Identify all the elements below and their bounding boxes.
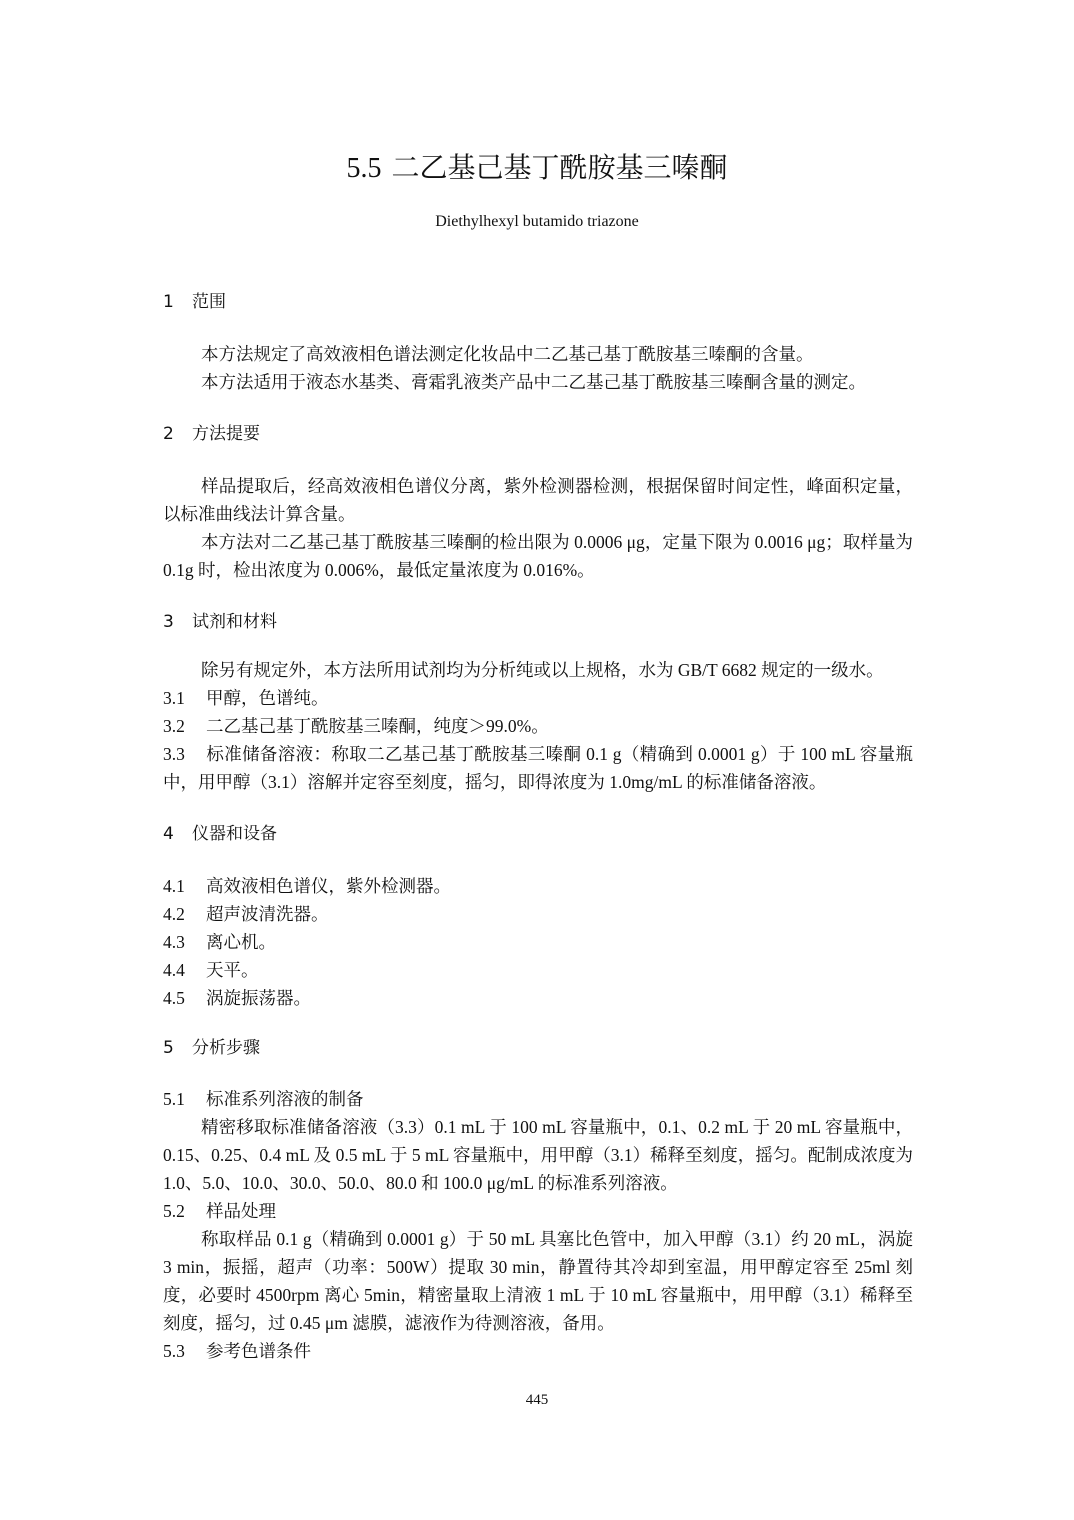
section-heading-4: 4仪器和设备: [163, 822, 277, 846]
item-text: 甲醇，色谱纯。: [206, 688, 329, 708]
subsection-heading: 5.1标准系列溶液的制备: [163, 1085, 364, 1113]
paragraph: 样品提取后，经高效液相色谱仪分离，紫外检测器检测，根据保留时间定性，峰面积定量，…: [163, 472, 913, 528]
item-number: 3.1: [163, 684, 206, 712]
subsection-heading: 5.2样品处理: [163, 1197, 276, 1225]
list-item: 4.3离心机。: [163, 928, 276, 956]
section-title: 分析步骤: [192, 1038, 260, 1058]
item-number: 5.2: [163, 1197, 206, 1225]
item-number: 4.3: [163, 928, 206, 956]
section-title: 试剂和材料: [192, 612, 277, 632]
page-title: 5.5二乙基己基丁酰胺基三嗪酮: [0, 148, 1074, 189]
section-heading-2: 2方法提要: [163, 422, 260, 446]
item-text: 样品处理: [206, 1201, 276, 1221]
item-text: 参考色谱条件: [206, 1341, 311, 1361]
title-text: 二乙基己基丁酰胺基三嗪酮: [391, 151, 727, 184]
paragraph: 本方法适用于液态水基类、膏霜乳液类产品中二乙基己基丁酰胺基三嗪酮含量的测定。: [163, 368, 913, 396]
list-item: 3.2二乙基己基丁酰胺基三嗪酮，纯度＞99.0%。: [163, 712, 549, 740]
section-number: 4: [163, 822, 192, 846]
section-heading-1: 1范围: [163, 290, 226, 314]
item-text: 天平。: [206, 960, 259, 980]
item-text: 涡旋振荡器。: [206, 988, 311, 1008]
section-heading-5: 5分析步骤: [163, 1036, 260, 1060]
section-number: 1: [163, 290, 192, 314]
section-heading-3: 3试剂和材料: [163, 610, 277, 634]
paragraph: 精密移取标准储备溶液（3.3）0.1 mL 于 100 mL 容量瓶中，0.1、…: [163, 1113, 913, 1197]
item-text: 超声波清洗器。: [206, 904, 329, 924]
section-title: 仪器和设备: [192, 824, 277, 844]
item-number: 4.1: [163, 872, 206, 900]
document-page: 5.5二乙基己基丁酰胺基三嗪酮 Diethylhexyl butamido tr…: [0, 0, 1074, 1520]
title-number: 5.5: [346, 153, 381, 184]
paragraph: 除另有规定外，本方法所用试剂均为分析纯或以上规格，水为 GB/T 6682 规定…: [163, 656, 913, 684]
item-text: 高效液相色谱仪，紫外检测器。: [206, 876, 451, 896]
section-title: 方法提要: [192, 424, 260, 444]
paragraph: 本方法规定了高效液相色谱法测定化妆品中二乙基己基丁酰胺基三嗪酮的含量。: [163, 340, 913, 368]
subsection-heading: 5.3参考色谱条件: [163, 1337, 311, 1365]
item-text: 离心机。: [206, 932, 276, 952]
list-item: 4.2超声波清洗器。: [163, 900, 329, 928]
list-item: 4.1高效液相色谱仪，紫外检测器。: [163, 872, 451, 900]
section-number: 2: [163, 422, 192, 446]
item-text: 标准储备溶液：称取二乙基己基丁酰胺基三嗪酮 0.1 g（精确到 0.0001 g…: [163, 744, 913, 792]
item-text: 标准系列溶液的制备: [206, 1089, 364, 1109]
item-number: 3.3: [163, 740, 206, 768]
section-number: 3: [163, 610, 192, 634]
paragraph: 本方法对二乙基己基丁酰胺基三嗪酮的检出限为 0.0006 μg，定量下限为 0.…: [163, 528, 913, 584]
item-text: 二乙基己基丁酰胺基三嗪酮，纯度＞99.0%。: [206, 716, 549, 736]
item-number: 4.4: [163, 956, 206, 984]
list-item-wrapped: 3.3标准储备溶液：称取二乙基己基丁酰胺基三嗪酮 0.1 g（精确到 0.000…: [163, 740, 913, 796]
section-number: 5: [163, 1036, 192, 1060]
page-number: 445: [0, 1392, 1074, 1409]
item-number: 3.2: [163, 712, 206, 740]
list-item: 4.4天平。: [163, 956, 259, 984]
item-number: 4.2: [163, 900, 206, 928]
list-item: 4.5涡旋振荡器。: [163, 984, 311, 1012]
paragraph: 称取样品 0.1 g（精确到 0.0001 g）于 50 mL 具塞比色管中，加…: [163, 1225, 913, 1337]
item-number: 5.1: [163, 1085, 206, 1113]
section-title: 范围: [192, 292, 226, 312]
list-item: 3.1甲醇，色谱纯。: [163, 684, 329, 712]
item-number: 4.5: [163, 984, 206, 1012]
item-number: 5.3: [163, 1337, 206, 1365]
page-subtitle: Diethylhexyl butamido triazone: [0, 211, 1074, 233]
